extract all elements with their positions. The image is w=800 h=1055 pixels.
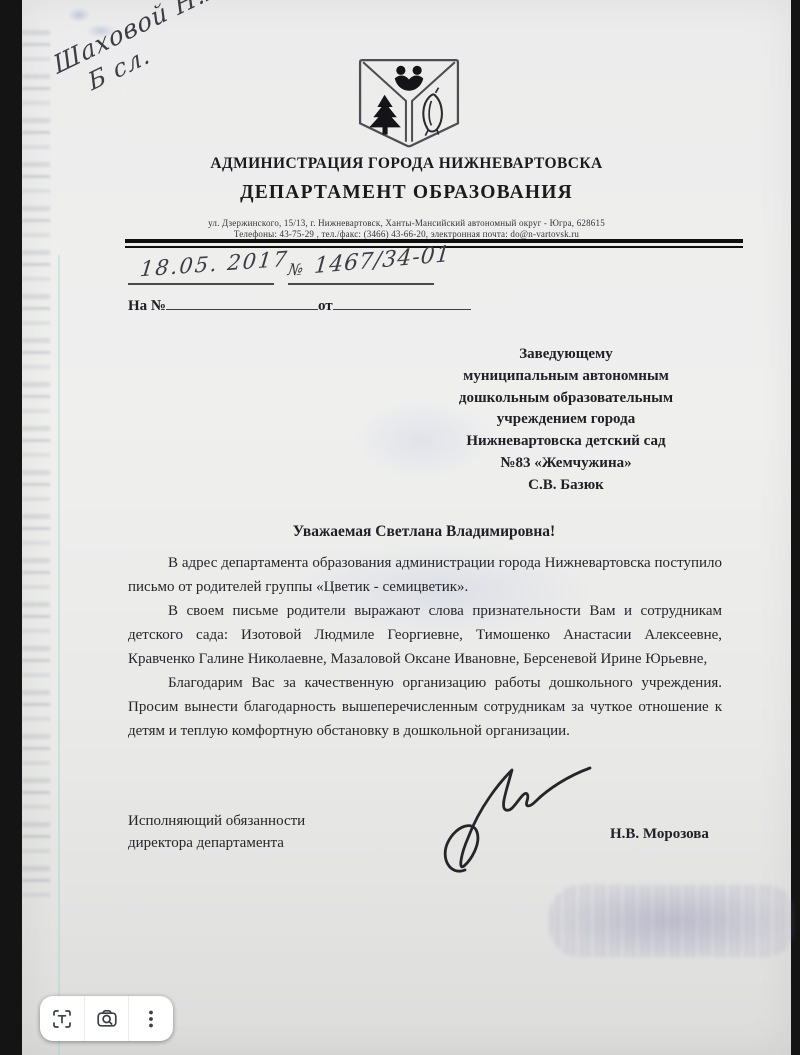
reply-reference-line: На №от <box>128 296 471 315</box>
scan-vertical-line-artifact <box>58 255 60 1055</box>
handwritten-signature-icon <box>410 752 595 877</box>
more-options-button[interactable] <box>128 996 173 1041</box>
letterhead-address: ул. Дзержинского, 15/13, г. Нижневартовс… <box>22 218 791 240</box>
recipient-line: №83 «Жемчужина» <box>390 453 742 475</box>
signer-title-line1: Исполняющий обязанности <box>128 810 305 832</box>
scan-smudge-band <box>550 885 795 957</box>
reply-number-blank <box>166 296 318 310</box>
recipient-line: С.В. Базюк <box>390 475 742 497</box>
signer-name: Н.В. Морозова <box>610 826 709 843</box>
body-paragraph: В своем письме родители выражают слова п… <box>128 599 722 671</box>
image-search-icon <box>95 1007 119 1031</box>
letterhead-org: АДМИНИСТРАЦИЯ ГОРОДА НИЖНЕВАРТОВСКА ДЕПА… <box>22 155 791 204</box>
reply-to-label: На № <box>128 298 166 314</box>
scanned-letter-page: Шаховой Н.Ю. Б сл. АДМИНИСТРАЦИЯ ГОРОДА … <box>22 0 791 1055</box>
recipient-line: учреждением города <box>390 409 742 431</box>
image-search-button[interactable] <box>84 996 129 1041</box>
nizhnevartovsk-coat-of-arms-icon <box>356 58 462 152</box>
screenshot-root: { "colors": { "photo_background": "#1414… <box>0 0 800 1055</box>
salutation: Уважаемая Светлана Владимировна! <box>128 523 720 541</box>
org-name-line2: ДЕПАРТАМЕНТ ОБРАЗОВАНИЯ <box>22 182 791 204</box>
body-paragraph: Благодарим Вас за качественную организац… <box>128 671 722 743</box>
recipient-line: Заведующему <box>390 344 742 366</box>
recipient-block: Заведующему муниципальным автономным дош… <box>390 344 742 497</box>
text-select-icon <box>50 1007 74 1031</box>
signer-title-line2: директора департамента <box>128 832 305 854</box>
handwritten-date: 18.05. 2017 <box>139 247 290 282</box>
text-select-button[interactable] <box>40 996 84 1041</box>
signer-title: Исполняющий обязанности директора департ… <box>128 810 305 854</box>
letter-body: В адрес департамента образования админис… <box>128 551 722 743</box>
org-name-line1: АДМИНИСТРАЦИЯ ГОРОДА НИЖНЕВАРТОВСКА <box>22 155 791 173</box>
recipient-line: дошкольным образовательным <box>390 388 742 410</box>
image-actions-toolbar <box>40 996 173 1041</box>
number-underline <box>288 283 434 285</box>
date-underline <box>128 283 274 285</box>
body-paragraph: В адрес департамента образования админис… <box>128 551 722 599</box>
recipient-line: Нижневартовска детский сад <box>390 431 742 453</box>
more-options-icon <box>139 1007 163 1031</box>
recipient-line: муниципальным автономным <box>390 366 742 388</box>
address-line1: ул. Дзержинского, 15/13, г. Нижневартовс… <box>22 218 791 229</box>
reply-from-label: от <box>318 298 333 314</box>
number-sign: № <box>287 260 305 279</box>
reply-date-blank <box>333 296 471 310</box>
